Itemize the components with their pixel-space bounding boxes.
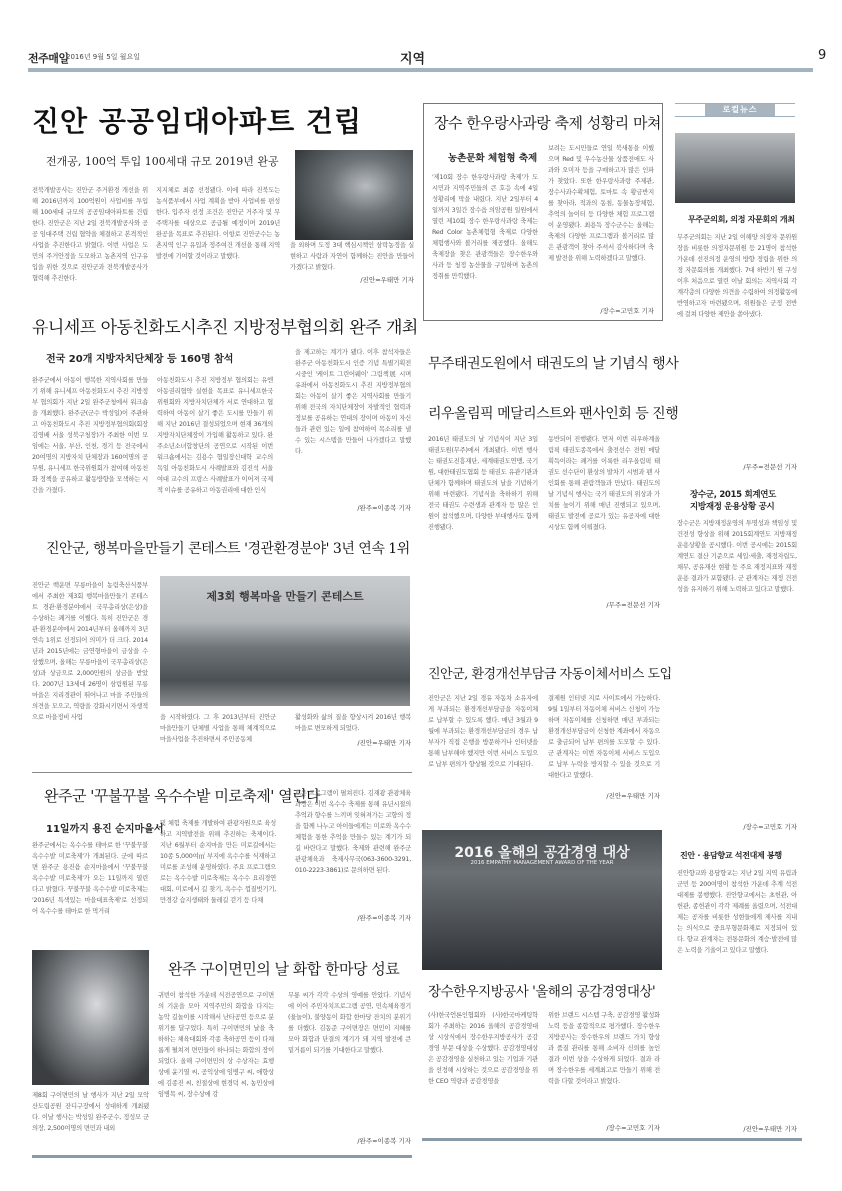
brief-body: 장수군은 지방재정운영의 투명성과 책임성 및 건전성 향상을 위해 2015회… (677, 518, 797, 823)
article-body-col1: 진안군 백운면 무릉마을이 농림축산식품부에서 주최한 제3회 행복마을만들기 … (32, 580, 148, 745)
award-ceremony-photo: 2016 올해의 공감경영 대상 2016 EMPATHY MANAGEMENT… (422, 830, 662, 970)
article-body-col1: '제10회 장수 한우랑사과랑 축제'가 도시민과 지역주민들의 큰 호응 속에… (432, 172, 538, 314)
headline-jinan-hyanggyo: 진안 · 용담향교 석전대제 봉행 (680, 850, 782, 861)
article-body-col1: 전북개발공사는 진안군 주거환경 개선을 위해 2016년까지 100억원이 사… (32, 185, 148, 295)
page-bottom-rule (422, 1138, 802, 1141)
article-body-col2: 을 시작하였다. 그 후 2013년부터 진안군 마을만들기 단체별 사업을 통… (160, 712, 276, 747)
headline-jangsu-finance-2: 지방재정 운용상황 공시 (690, 500, 774, 512)
article-body-col2: 동반되어 진행됐다. 먼저 이번 리우하계올림픽 태권도종목에서 출전선수 전원… (548, 434, 660, 599)
article-body-col2: 보려는 도시민들로 연일 북새통을 이뤘으며 Red 및 우수농산물 상품전에도… (548, 143, 654, 307)
byline: /장수=고민호 기자 (677, 822, 797, 831)
byline: /진안=우태만 기자 (295, 738, 411, 747)
award-banner-title: 2016 올해의 공감경영 대상 (422, 842, 662, 862)
council-meeting-photo (675, 133, 795, 203)
brief-body: 진안향교와 용담향교는 지난 2일 지역 유림과 군민 등 200여명이 참석한… (677, 868, 797, 1130)
headline-muju-taekwondo: 무주태권도원에서 태권도의 날 기념식 행사 (428, 353, 678, 373)
subhead-unicef: 전국 20개 지방자치단체장 등 160명 참석 (46, 350, 233, 365)
masthead-divider (28, 68, 813, 72)
byline: /진안=우태만 기자 (548, 791, 660, 800)
subhead-jinan-apartment: 전개공, 100억 투입 100세대 규모 2019년 완공 (46, 153, 279, 169)
headline-jangsu-award: 장수한우지방공사 '올해의 공감경영대상' (428, 980, 655, 1000)
byline: /완주=이종복 기자 (295, 913, 411, 922)
photo-banner-text: 제3회 행복마을 만들기 콘테스트 (160, 588, 410, 604)
subhead-muju-taekwondo: 리우올림픽 메달리스트와 팬사인회 등 진행 (428, 403, 678, 423)
article-body-col1: 완주군에서 아동이 행복한 지역사회를 만들기 위해 유니세프 아동친화도시 추… (32, 375, 148, 510)
article-body-col1: (사)한국언론인협회와 (사)한국마케팅학회가 주최하는 2016 올해의 공감… (428, 1010, 538, 1138)
award-banner-subtitle: 2016 EMPATHY MANAGEMENT AWARD OF THE YEA… (422, 860, 662, 866)
newspaper-name: 전주매일 (28, 50, 69, 66)
headline-jinan-environment: 진안군, 환경개선부담금 자동이체서비스 도입 (428, 663, 672, 682)
headline-jinan-apartment: 진안 공공임대아파트 건립 (32, 100, 362, 140)
article-body-col1: 완주군에서는 옥수수를 테마로 한 '꾸불꾸불 옥수수밭 미로축제'가 개최된다… (32, 840, 148, 920)
byline: /장수=고민호 기자 (548, 1123, 660, 1132)
article-body-col3: 활성화와 삶의 질을 향상시켜 2016년 행복마을로 변모하게 되었다. (295, 712, 411, 737)
article-body-col3: 무룡 씨가 각각 수상의 영예를 안았다. 기념식에 이어 주민자치프로그램 공… (288, 990, 411, 1135)
article-body-col3: 을 제고하는 계기가 됐다. 이후 참석자들은 완주군 아동친화도시 인증 기념… (295, 347, 411, 502)
article-body-col1: 제8회 구이면민의 날 행사가 지난 2일 모악산도립공원 잔디구장에서 성대하… (32, 1090, 149, 1145)
speaker-portrait-photo (32, 950, 149, 1085)
subhead-jangsu-festival: 농촌문화 체험형 축제 (448, 150, 537, 164)
apartment-rendering-photo (295, 150, 413, 240)
village-contest-group-photo: 제3회 행복마을 만들기 콘테스트 (160, 576, 410, 706)
article-body-col2: 귀빈이 참석한 가운데 식전공연으로 구이면의 기운을 모아 지역주민의 화합을… (158, 990, 274, 1145)
sidebar-rule (675, 116, 795, 117)
byline: /장수=고민호 기자 (548, 306, 654, 315)
article-divider (32, 772, 412, 773)
article-body-col2: 결제원 인터넷 지로 사이트에서 가능하다. 9월 1일부터 자동이체 서비스 … (548, 693, 660, 788)
byline: /무주=전문선 기자 (677, 462, 797, 471)
article-body-col3: 로운 프로그램이 펼쳐진다. 김재광 관광체육과장은 이번 옥수수 축제를 통해… (295, 788, 411, 913)
page-number: 9 (818, 48, 826, 63)
headline-wanju-guimyeon: 완주 구이면민의 날 화합 한마당 성료 (168, 958, 399, 979)
article-body-col1: 진안군은 지난 2일 경유 자동차 소유자에게 부과되는 환경개선부담금을 자동… (428, 693, 538, 788)
article-body-col2: 아동친화도시 추진 지방정부 협의회는 유엔아동권리협약 실현을 목표로 유니세… (157, 375, 273, 510)
article-body-col2: 지지체로 최종 선정됐다. 이에 따라 진북도는 농식품부에서 사업 계획을 받… (156, 185, 280, 295)
headline-jangsu-finance-1: 장수군, 2015 회계연도 (690, 488, 776, 500)
article-body-col2: 위한 브랜드 시스템 구축, 공감경영 활성화 노력 등을 종합적으로 평가했다… (548, 1010, 660, 1128)
article-body-col1: 2016년 태권도의 날 기념식이 지난 3일 태권도원(무주)에서 개최됐다.… (428, 434, 538, 599)
headline-jinan-contest: 진안군, 행복마을만들기 콘테스트 '경관환경분야' 3년 연속 1위 (46, 538, 410, 558)
article-body-col2: 및 체험 축제를 개발하여 관광자원으로 육성하고 지역발전을 위해 추진하는 … (160, 818, 276, 918)
byline: /무주=전문선 기자 (548, 600, 660, 609)
subhead-wanju-corn: 11일까지 용진 순지마을서 (46, 820, 163, 835)
page-bottom-rule (32, 1155, 412, 1158)
headline-unicef: 유니세프 아동친화도시추진 지방정부협의회 완주 개최 (32, 313, 418, 338)
byline: /진안=우태만 기자 (677, 1124, 797, 1133)
byline: /완주=이종복 기자 (288, 1136, 411, 1145)
byline: /완주=이종복 기자 (295, 503, 411, 512)
headline-muju-council: 무주군의회, 의정 자문회의 개최 (688, 214, 795, 225)
issue-date: 2016년 9월 5일 월요일 (66, 52, 140, 62)
byline: /진안=우태만 기자 (290, 275, 414, 284)
brief-body: 무주군의회는 지난 2일 이해양 의장자 문위원장을 비롯한 의정자문위원 등 … (677, 232, 797, 460)
local-news-label: 로컬뉴스 (705, 104, 775, 116)
section-title: 지역 (400, 48, 425, 67)
headline-wanju-corn: 완주군 '꾸불꾸불 옥수수밭 미로축제' 열린다 (44, 785, 320, 806)
headline-jangsu-festival: 장수 한우랑사과랑 축제 성황리 마쳐 (434, 112, 661, 133)
